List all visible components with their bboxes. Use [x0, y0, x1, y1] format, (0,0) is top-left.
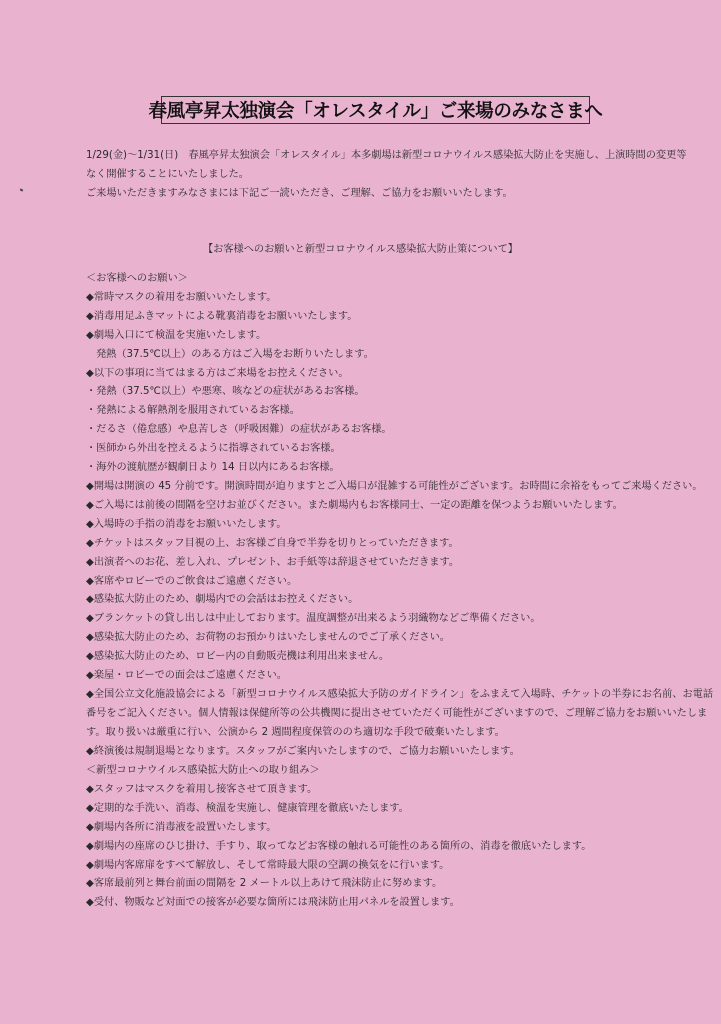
sub-item: ・だるさ（倦怠感）や息苦しさ（呼吸困難）の症状があるお客様。: [86, 421, 686, 440]
intro-line: 1/29(金)～1/31(日) 春風亭昇太独演会「オレスタイル」本多劇場は新型コ…: [86, 146, 676, 165]
list-item: ◆以下の事項に当てはまる方はご来場をお控えください。: [86, 365, 686, 384]
list-item-continued: す。取り扱いは厳重に行い、公演から 2 週間程度保管ののち適切な手段で破棄いたし…: [86, 724, 686, 743]
section-requests: ＜お客様へのお願い＞ ◆常時マスクの着用をお願いいたします。 ◆消毒用足ふきマッ…: [86, 270, 686, 762]
list-item: ◆全国公立文化施設協会による「新型コロナウイルス感染拡大予防のガイドライン」をふ…: [86, 686, 686, 705]
list-item: ◆スタッフはマスクを着用し接客させて頂きます。: [86, 781, 686, 800]
sub-item: ・発熱（37.5℃以上）や悪寒、咳などの症状があるお客様。: [86, 383, 686, 402]
list-item: ◆感染拡大防止のため、ロビー内の自動販売機は利用出来ません。: [86, 648, 686, 667]
list-item: ◆感染拡大防止のため、お荷物のお預かりはいたしませんのでご了承ください。: [86, 629, 686, 648]
list-item: ◆客席最前列と舞台前面の間隔を 2 メートル以上あけて飛沫防止に努めます。: [86, 875, 686, 894]
page-title: 春風亭昇太独演会「オレスタイル」ご来場のみなさまへ: [161, 96, 590, 124]
section-heading: ＜お客様へのお願い＞: [86, 270, 686, 289]
list-item: ◆定期的な手洗い、消毒、検温を実施し、健康管理を徹底いたします。: [86, 800, 686, 819]
list-item-note: 発熱（37.5℃以上）のある方はご入場をお断りいたします。: [86, 346, 686, 365]
list-item: ◆終演後は規制退場となります。スタッフがご案内いたしますので、ご協力お願いいたし…: [86, 743, 686, 762]
notice-heading: 【お客様へのお願いと新型コロナウイルス感染拡大防止策について】: [0, 240, 721, 255]
sub-item: ・発熱による解熱剤を服用されているお客様。: [86, 402, 686, 421]
section-heading: ＜新型コロナウイルス感染拡大防止への取り組み＞: [86, 762, 686, 781]
list-item: ◆入場時の手指の消毒をお願いいたします。: [86, 516, 686, 535]
scan-speck: [20, 188, 24, 191]
list-item: ◆劇場内各所に消毒液を設置いたします。: [86, 819, 686, 838]
list-item: ◆消毒用足ふきマットによる靴裏消毒をお願いいたします。: [86, 308, 686, 327]
sub-item: ・医師から外出を控えるように指導されているお客様。: [86, 440, 686, 459]
section-measures: ＜新型コロナウイルス感染拡大防止への取り組み＞ ◆スタッフはマスクを着用し接客さ…: [86, 762, 686, 913]
list-item-continued: 番号をご記入ください。個人情報は保健所等の公共機関に提出させていただく可能性がご…: [86, 705, 686, 724]
list-item: ◆楽屋・ロビーでの面会はご遠慮ください。: [86, 667, 686, 686]
list-item: ◆出演者へのお花、差し入れ、プレゼント、お手紙等は辞退させていただきます。: [86, 554, 686, 573]
list-item: ◆開場は開演の 45 分前です。開演時間が迫りますとご入場口が混雑する可能性がご…: [86, 478, 686, 497]
intro-line: ご来場いただきますみなさまには下記ご一読いただき、ご理解、ご協力をお願いいたしま…: [86, 184, 676, 203]
list-item: ◆常時マスクの着用をお願いいたします。: [86, 289, 686, 308]
intro-line: なく開催することにいたしました。: [86, 165, 676, 184]
sub-item: ・海外の渡航歴が観劇日より 14 日以内にあるお客様。: [86, 459, 686, 478]
list-item: ◆客席やロビーでのご飲食はご遠慮ください。: [86, 573, 686, 592]
intro-paragraph: 1/29(金)～1/31(日) 春風亭昇太独演会「オレスタイル」本多劇場は新型コ…: [86, 146, 676, 203]
notice-page: 春風亭昇太独演会「オレスタイル」ご来場のみなさまへ 1/29(金)～1/31(日…: [0, 0, 721, 1024]
list-item: ◆劇場入口にて検温を実施いたします。: [86, 327, 686, 346]
list-item: ◆受付、物販など対面での接客が必要な箇所には飛沫防止用パネルを設置します。: [86, 894, 686, 913]
list-item: ◆感染拡大防止のため、劇場内での会話はお控えください。: [86, 591, 686, 610]
list-item: ◆チケットはスタッフ目視の上、お客様ご自身で半券を切りとっていただきます。: [86, 535, 686, 554]
list-item: ◆ご入場には前後の間隔を空けお並びください。また劇場内もお客様同士、一定の距離を…: [86, 497, 686, 516]
list-item: ◆劇場内客席扉をすべて解放し、そして常時最大限の空調の換気をに行います。: [86, 857, 686, 876]
list-item: ◆劇場内の座席のひじ掛け、手すり、取ってなどお客様の触れる可能性のある箇所の、消…: [86, 838, 686, 857]
list-item: ◆ブランケットの貸し出しは中止しております。温度調整が出来るよう羽織物などご準備…: [86, 610, 686, 629]
